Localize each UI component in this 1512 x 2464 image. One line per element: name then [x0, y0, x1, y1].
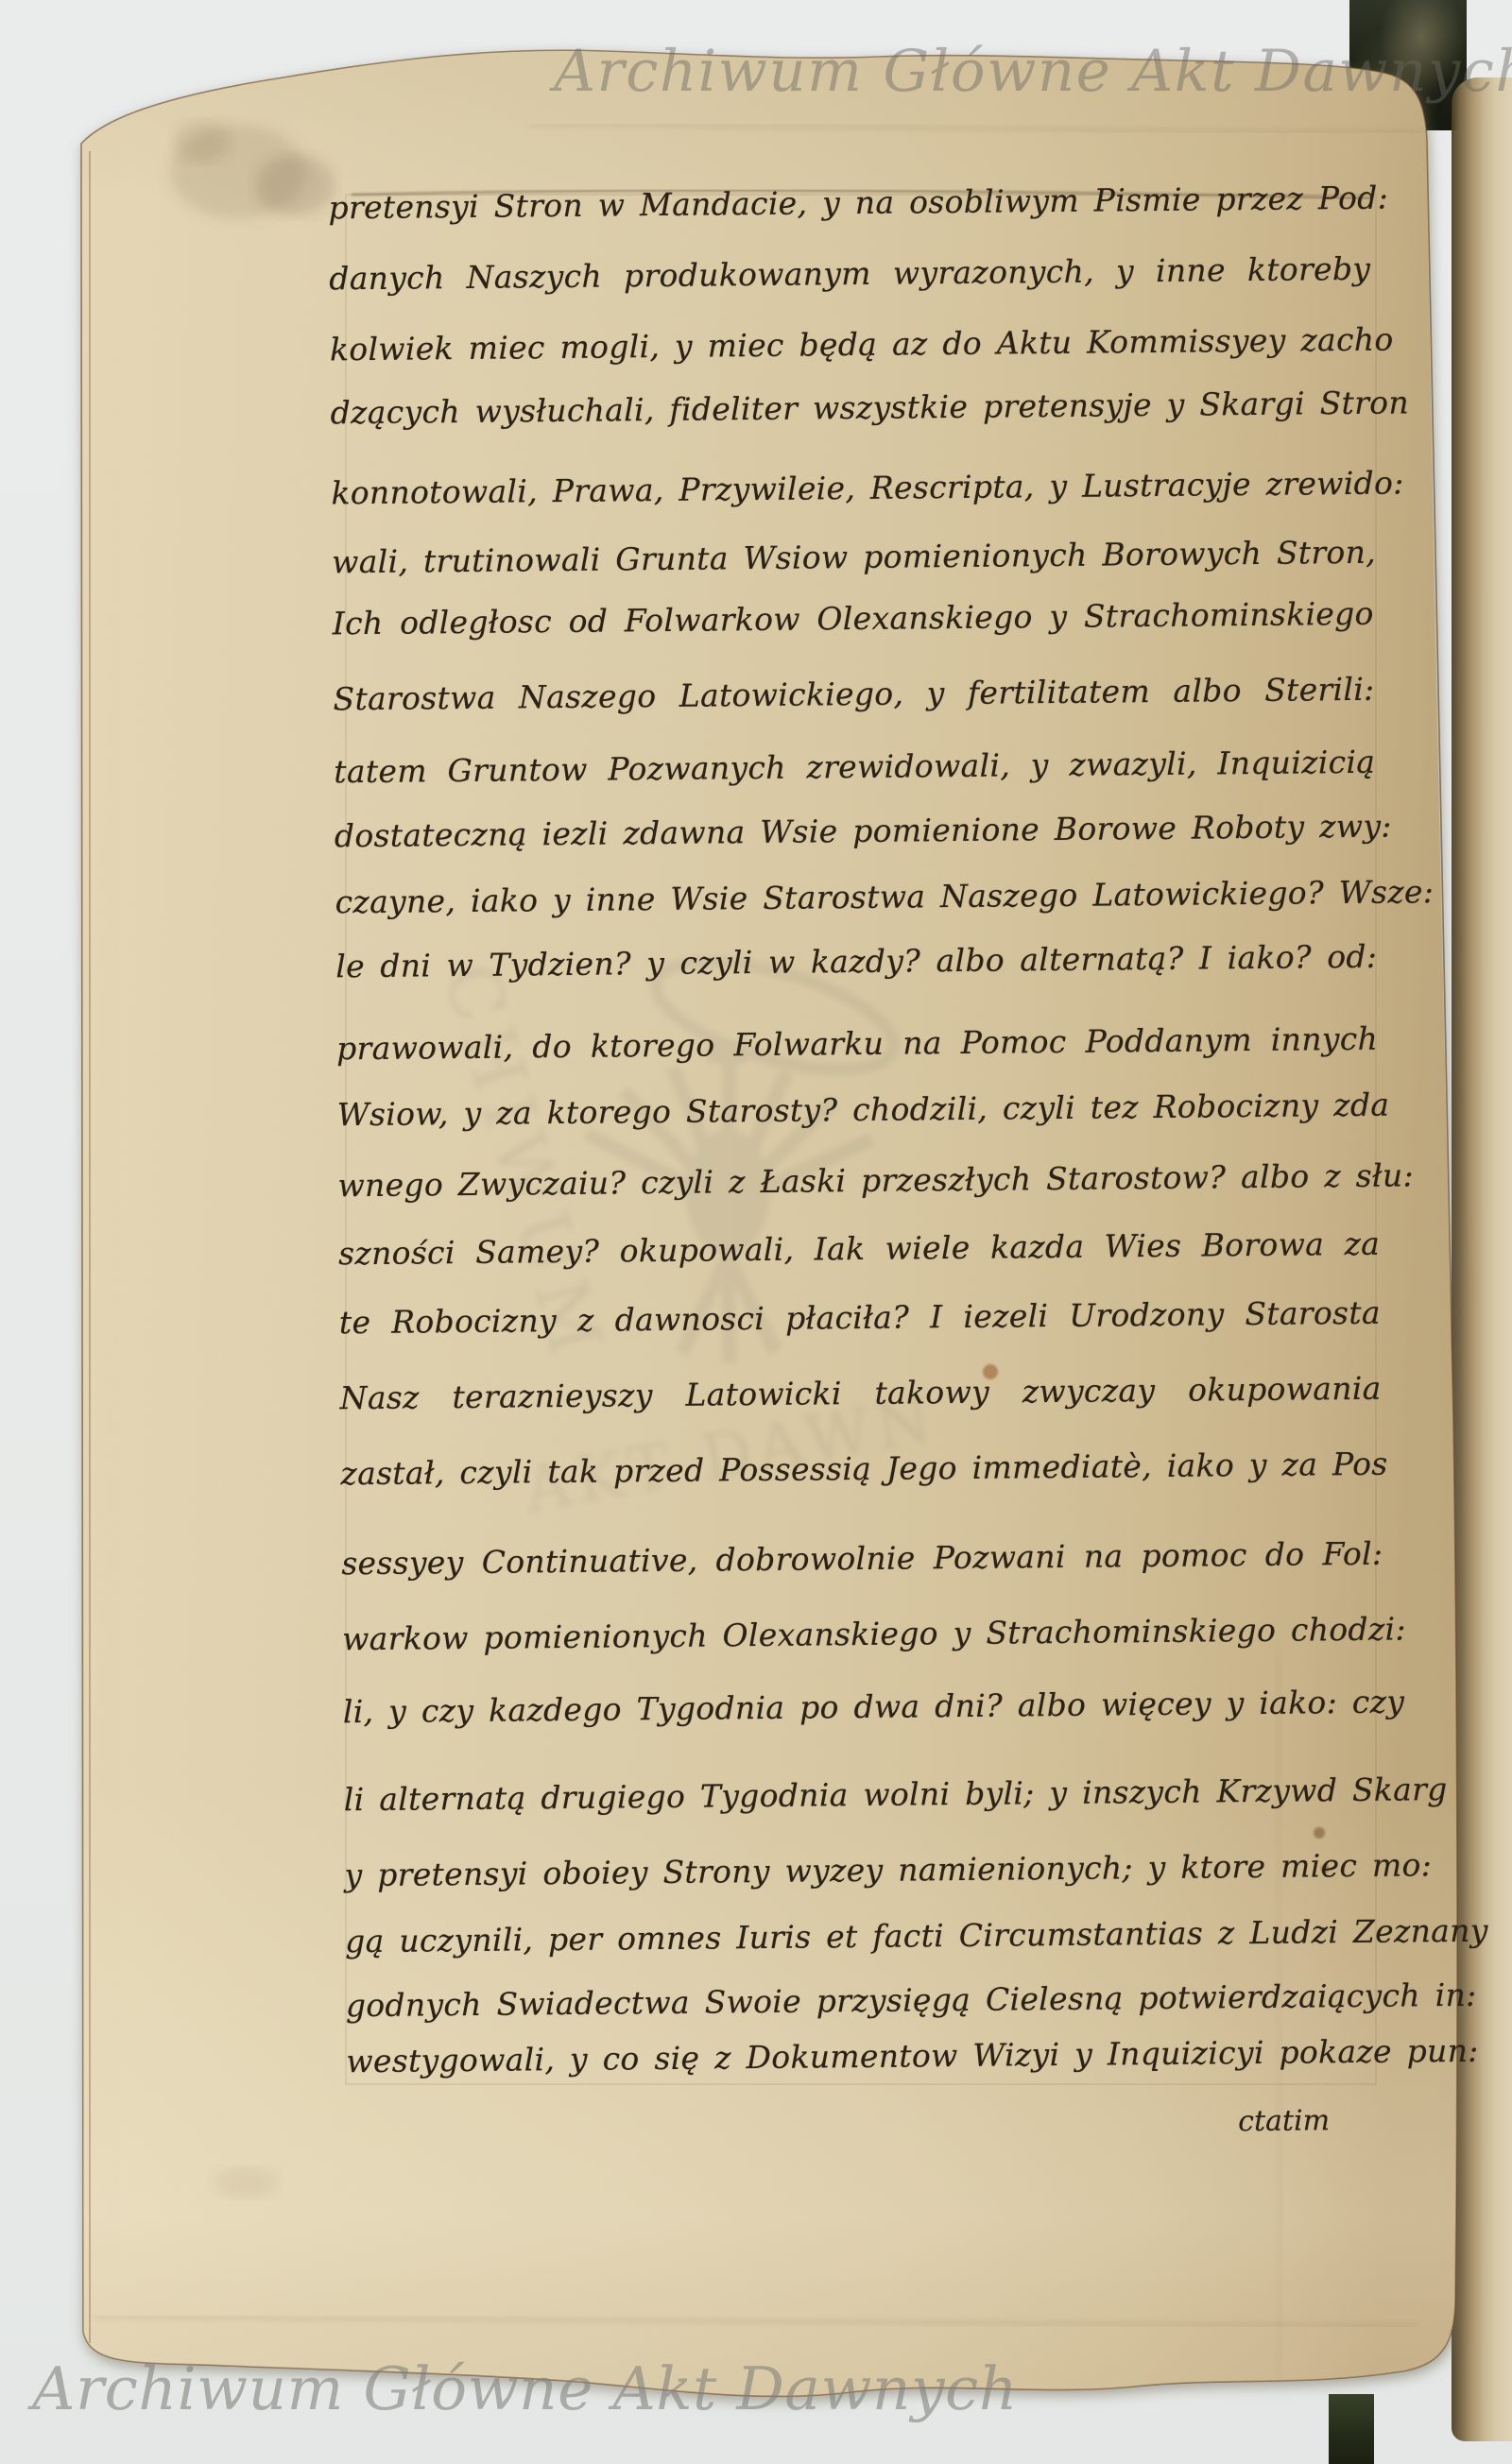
archival-scan-canvas: CHIWUM AKT DAWN — [0, 0, 1512, 2464]
manuscript-text-block: pretensyi Stron w Mandacie, y na osobliw… — [327, 0, 1392, 2464]
manuscript-line: zastał, czyli tak przed Possessią Jego i… — [340, 1422, 1383, 1517]
manuscript-line: dzących wysłuchali, fideliter wszystkie … — [330, 361, 1372, 456]
manuscript-line: le dni w Tydzien? y czyli w kazdy? albo … — [335, 915, 1378, 1010]
manuscript-line: li, y czy kazdego Tygodnia po dwa dni? a… — [342, 1660, 1384, 1755]
catchword: ctatim — [347, 2083, 1389, 2169]
